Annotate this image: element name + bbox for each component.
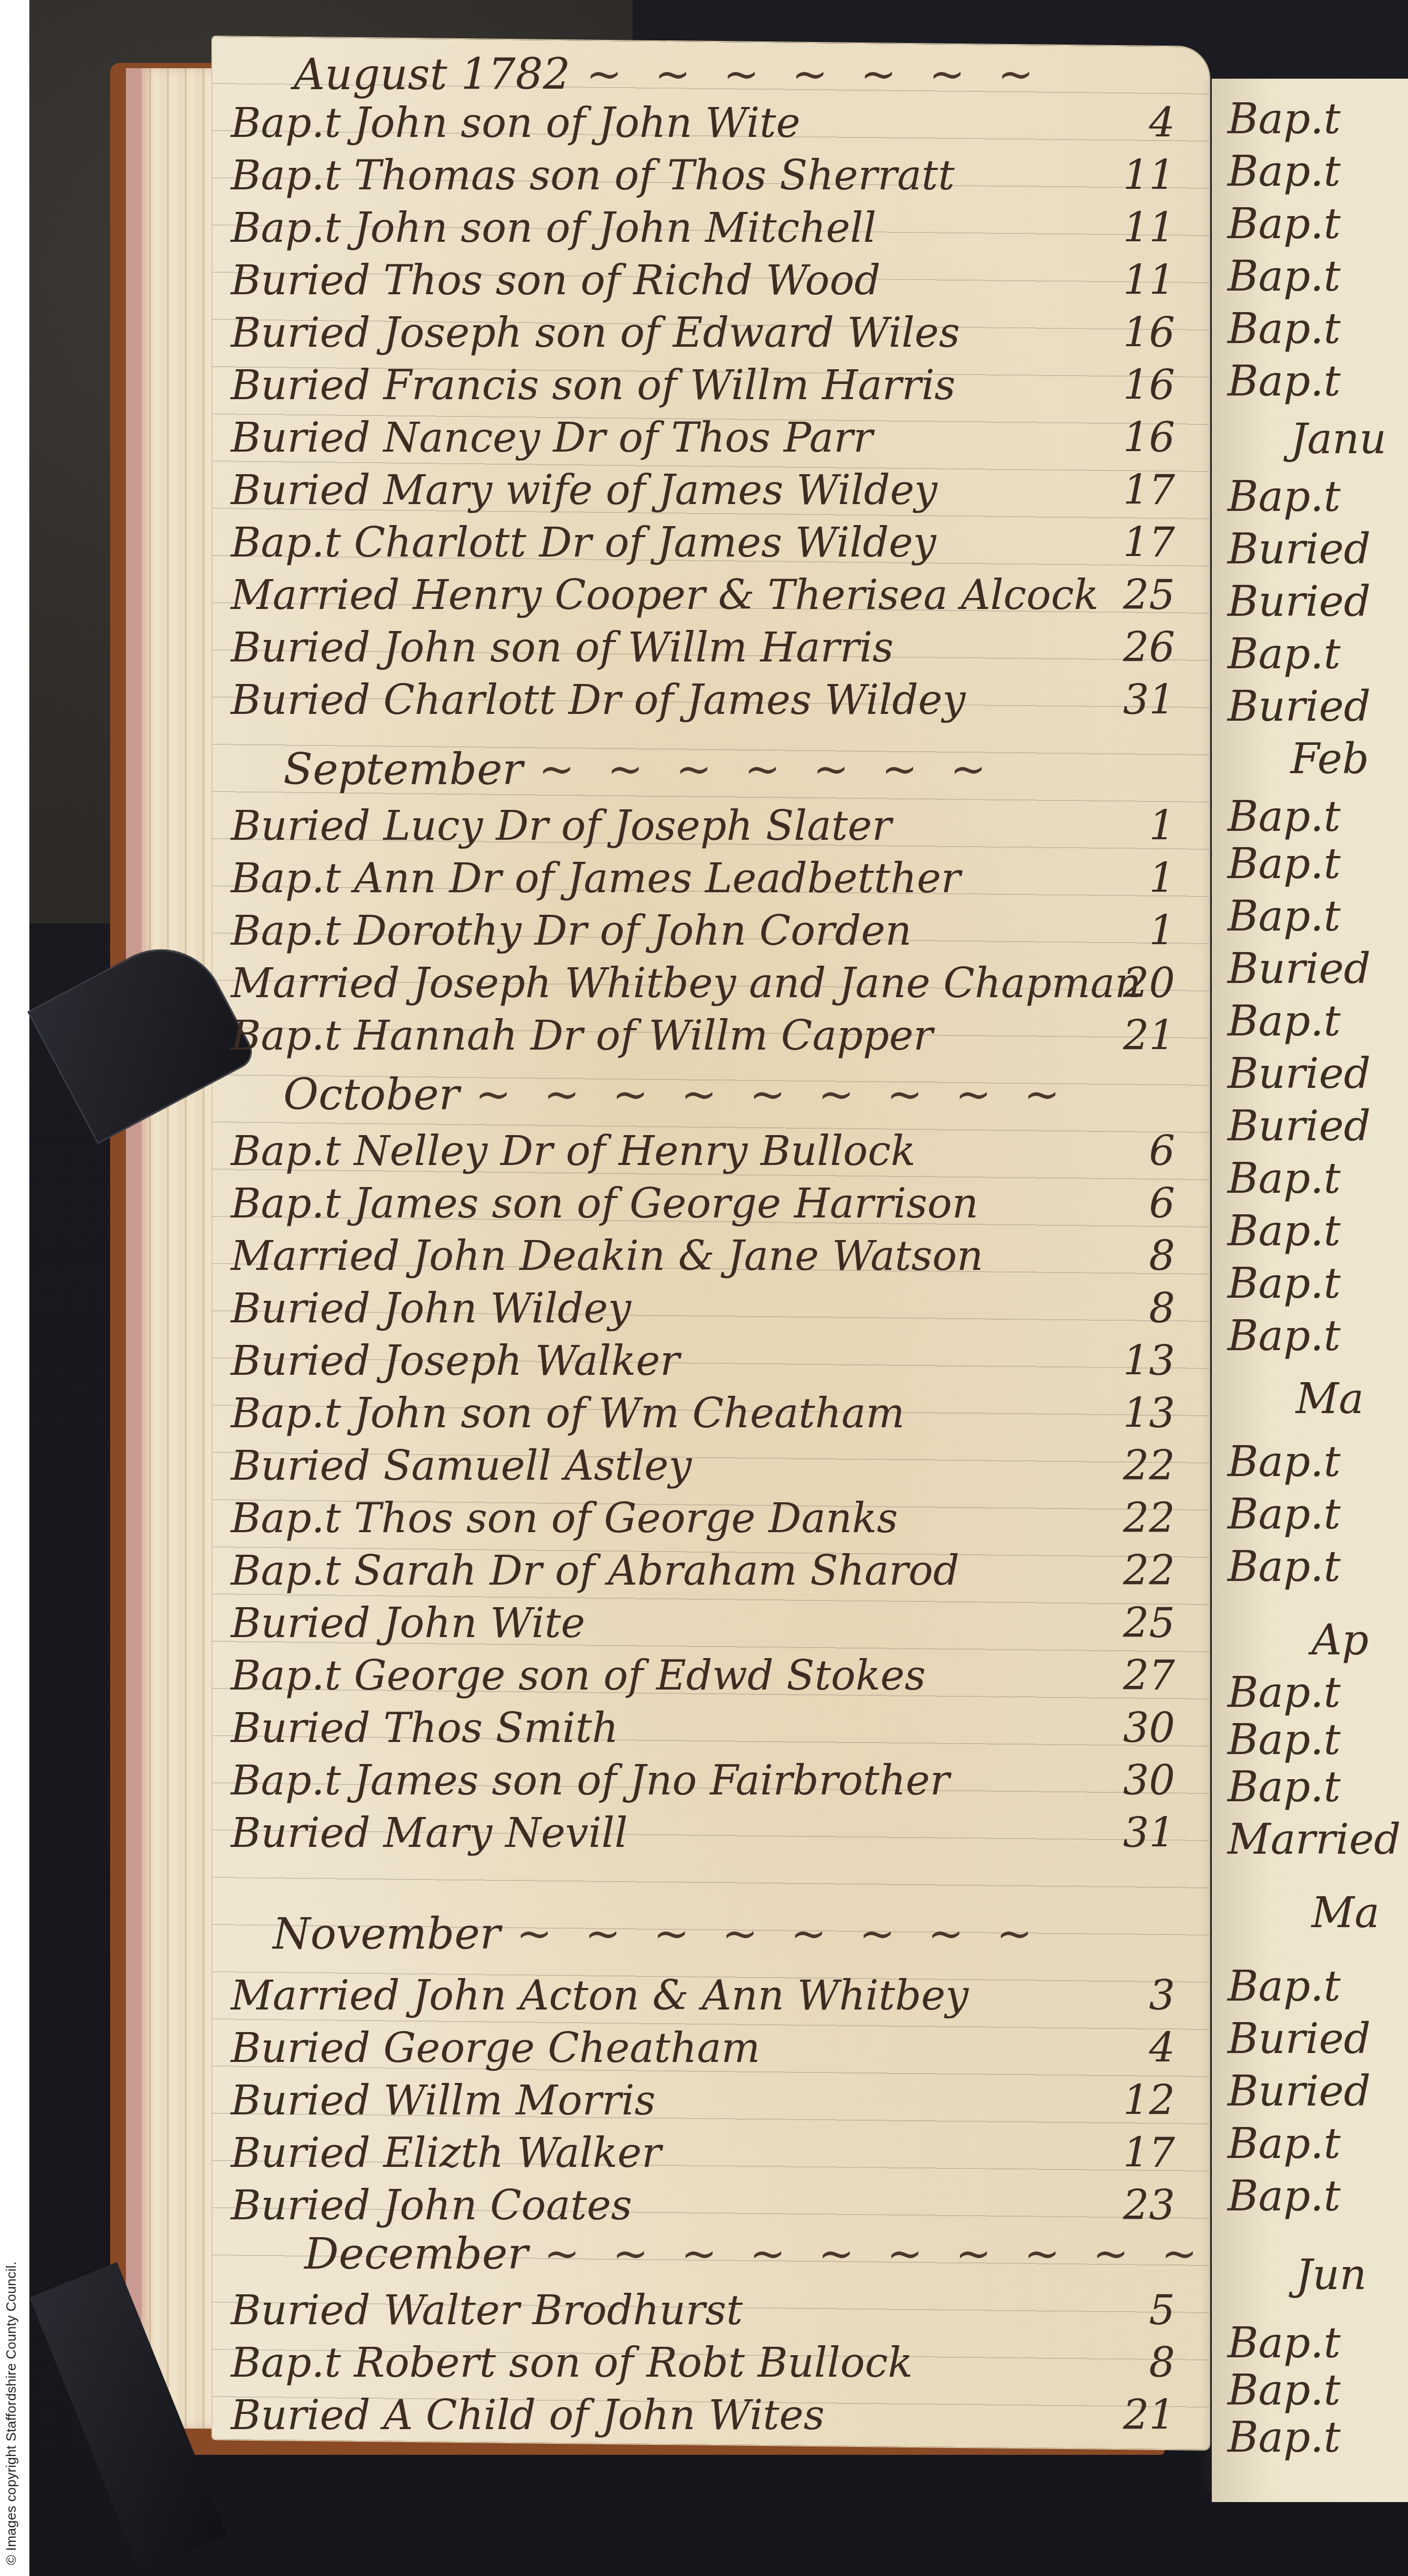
register-entry: Buried Nancey Dr of Thos Parr16 [231, 414, 1175, 462]
right-page-month: Feb [1290, 734, 1369, 783]
register-entry: Bap.t Thos son of George Danks22 [231, 1495, 1175, 1542]
register-entries: August 1782~ ~ ~ ~ ~ ~ ~ Bap.t John son … [0, 0, 1408, 2576]
register-entry: Bap.t Hannah Dr of Willm Capper21 [231, 1012, 1175, 1060]
right-page-fragment: Bap.t [1228, 1437, 1340, 1486]
right-page-fragment: Bap.t [1228, 997, 1340, 1045]
flourish: ~ ~ ~ ~ ~ ~ ~ ~ [516, 1909, 1042, 1959]
right-page-fragment: Bap.t [1228, 1259, 1340, 1308]
right-page-fragment: Bap.t [1228, 1154, 1340, 1203]
register-entry: Bap.t Charlott Dr of James Wildey17 [231, 519, 1175, 566]
right-page-fragment: Bap.t [1228, 2413, 1340, 2462]
right-page-fragment: Bap.t [1228, 792, 1340, 841]
right-page-fragment: Bap.t [1228, 357, 1340, 405]
right-page-fragment: Bap.t [1228, 199, 1340, 248]
register-entry: Bap.t George son of Edwd Stokes27 [231, 1652, 1175, 1699]
register-entry: Buried Joseph son of Edward Wiles16 [231, 309, 1175, 357]
register-entry: Buried Charlott Dr of James Wildey31 [231, 677, 1175, 724]
right-page-fragment: Bap.t [1228, 1311, 1340, 1360]
right-page-fragment: Bap.t [1228, 1668, 1340, 1717]
right-page-fragment: Bap.t [1228, 892, 1340, 940]
right-page-fragment: Buried [1228, 577, 1371, 626]
register-entry: Buried Willm Morris12 [231, 2077, 1175, 2124]
right-page-fragment: Buried [1228, 944, 1371, 993]
register-entry: Buried Lucy Dr of Joseph Slater1 [231, 803, 1175, 850]
right-page-month: Ap [1311, 1616, 1369, 1664]
right-page-fragment: Buried [1228, 525, 1371, 573]
right-page-fragment: Bap.t [1228, 1206, 1340, 1255]
register-entry: Bap.t Ann Dr of James Leadbetther1 [231, 855, 1175, 902]
month-heading-august: August 1782~ ~ ~ ~ ~ ~ ~ [294, 50, 1043, 100]
register-entry: Bap.t John son of John Mitchell11 [231, 205, 1175, 252]
right-page-fragment: Buried [1228, 2014, 1371, 2063]
register-entry: Bap.t Thomas son of Thos Sherratt11 [231, 152, 1175, 199]
month-heading-september: September~ ~ ~ ~ ~ ~ ~ [283, 745, 996, 795]
right-page-fragment: Bap.t [1228, 629, 1340, 678]
register-entry: Bap.t John son of John Wite4 [231, 100, 1175, 147]
register-entry: Bap.t Dorothy Dr of John Corden1 [231, 907, 1175, 955]
month-heading-december: December~ ~ ~ ~ ~ ~ ~ ~ ~ ~ [304, 2229, 1207, 2279]
register-entry: Buried Walter Brodhurst5 [231, 2287, 1175, 2334]
register-entry: Bap.t James son of George Harrison6 [231, 1180, 1175, 1227]
register-entry: Bap.t Sarah Dr of Abraham Sharod22 [231, 1547, 1175, 1595]
right-page-month: Ma [1311, 1888, 1380, 1937]
right-page-fragment: Buried [1228, 1102, 1371, 1150]
register-entry: Buried John Coates23 [231, 2182, 1175, 2229]
register-entry: Buried Elizth Walker17 [231, 2130, 1175, 2177]
month-heading-november: November~ ~ ~ ~ ~ ~ ~ ~ [273, 1909, 1042, 1959]
right-page-month: Jun [1296, 2250, 1367, 2299]
right-page-fragment: Bap.t [1228, 1715, 1340, 1764]
register-entry: Married John Deakin & Jane Watson8 [231, 1233, 1175, 1280]
right-page-fragment: Married Th [1228, 1815, 1408, 1864]
register-entry: Married Henry Cooper & Therisea Alcock25 [231, 572, 1175, 619]
right-page-fragment: Bap.t [1228, 147, 1340, 196]
register-entry: Buried Thos son of Richd Wood11 [231, 257, 1175, 304]
register-entry: Buried Mary wife of James Wildey17 [231, 467, 1175, 514]
register-entry: Married John Acton & Ann Whitbey3 [231, 1972, 1175, 2019]
register-entry: Buried Joseph Walker13 [231, 1338, 1175, 1385]
register-entry: Bap.t Nelley Dr of Henry Bullock6 [231, 1128, 1175, 1175]
right-page-fragment: Bap.t [1228, 1962, 1340, 2011]
right-page-fragment: Bap.t [1228, 839, 1340, 888]
register-entry: Buried John son of Willm Harris26 [231, 624, 1175, 671]
right-page-fragment: Bap.t [1228, 304, 1340, 353]
register-entry: Buried A Child of John Wites21 [231, 2392, 1175, 2439]
right-page-fragment: Bap.t [1228, 1542, 1340, 1591]
register-entry: Bap.t Robert son of Robt Bullock8 [231, 2339, 1175, 2387]
right-page-fragment: Bap.t [1228, 2318, 1340, 2367]
month-heading-october: October~ ~ ~ ~ ~ ~ ~ ~ ~ [283, 1070, 1070, 1120]
register-entry: Buried John Wite25 [231, 1600, 1175, 1647]
right-page-month: Janu [1290, 414, 1386, 463]
flourish: ~ ~ ~ ~ ~ ~ ~ ~ ~ [475, 1070, 1070, 1120]
register-entry: Bap.t John son of Wm Cheatham13 [231, 1390, 1175, 1437]
right-page-fragment: Bap.t [1228, 1490, 1340, 1538]
register-entry: Married Joseph Whitbey and Jane Chapman2… [231, 960, 1175, 1007]
right-page-fragment: Bap.t [1228, 2172, 1340, 2220]
right-page-fragment: Bap.t [1228, 472, 1340, 521]
register-entry: Buried Samuell Astley22 [231, 1442, 1175, 1490]
right-page-fragment: Bap.t [1228, 1762, 1340, 1811]
right-page-fragment: Buried [1228, 682, 1371, 731]
right-page-month: Ma [1296, 1374, 1364, 1423]
register-entry: Buried Mary Nevill31 [231, 1810, 1175, 1857]
register-entry: Buried Francis son of Willm Harris16 [231, 362, 1175, 409]
right-page-fragment: Bap.t [1228, 2366, 1340, 2414]
register-entry: Buried George Cheatham4 [231, 2025, 1175, 2072]
right-page-fragment: Bap.t [1228, 94, 1340, 143]
right-page-fragment: Bap.t [1228, 2119, 1340, 2168]
register-entry: Buried John Wildey8 [231, 1285, 1175, 1332]
flourish: ~ ~ ~ ~ ~ ~ ~ [586, 50, 1043, 100]
register-entry: Buried Thos Smith30 [231, 1705, 1175, 1752]
flourish: ~ ~ ~ ~ ~ ~ ~ [539, 745, 996, 795]
flourish: ~ ~ ~ ~ ~ ~ ~ ~ ~ ~ [544, 2229, 1207, 2279]
right-page-fragment: Buried [1228, 1049, 1371, 1098]
right-page-fragment: Buried [1228, 2067, 1371, 2115]
right-page-fragment: Bap.t [1228, 252, 1340, 301]
register-entry: Bap.t James son of Jno Fairbrother30 [231, 1757, 1175, 1804]
